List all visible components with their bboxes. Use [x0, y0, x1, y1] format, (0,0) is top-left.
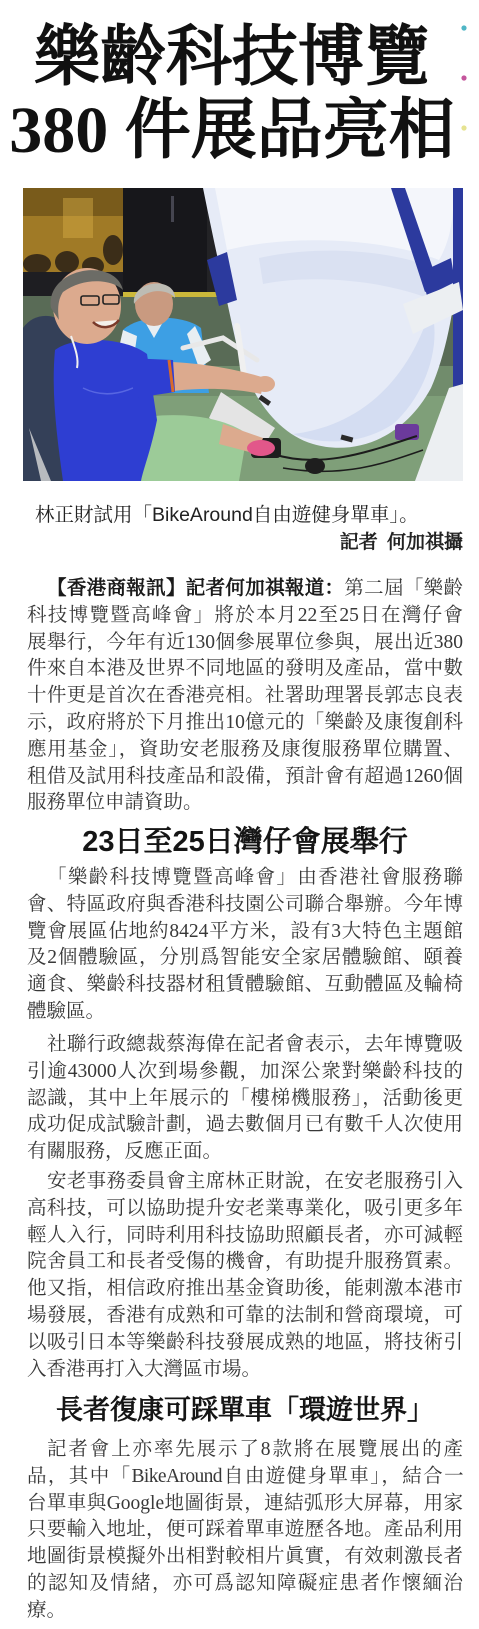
- text-line: 場發展，香港有成熟和可靠的法制和營商環境，可: [27, 1303, 463, 1330]
- subheading-2: 長者復康可踩單車「環遊世界」: [27, 1393, 463, 1427]
- photo-device: [395, 424, 419, 440]
- text-line: 以吸引日本等樂齡科技發展成熟的地區，將技術引: [27, 1330, 463, 1357]
- newspaper-clipping: 樂齡科技博覽 380 件展品亮相: [0, 0, 479, 1629]
- text-line: 租借及試用科技產品和設備，預計會有超過1260個: [27, 764, 463, 791]
- headline-line-1: 樂齡科技博覽: [0, 23, 464, 93]
- text-line: 適食、樂齡科技器材租賃體驗館、互動體區及輪椅: [27, 972, 463, 999]
- text-line: 有關服務，反應正面。: [27, 1139, 463, 1166]
- article-paragraph-4: 安老事務委員會主席林正財說，在安老服務引入 高科技，可以協助提升安老業專業化，吸…: [27, 1169, 463, 1383]
- photo-caption: 林正財試用「BikeAround自由遊健身單車」。: [35, 503, 419, 527]
- text-line: 社聯行政總裁蔡海偉在記者會表示，去年博覽吸: [27, 1032, 463, 1059]
- text-line: 輕人入行，同時利用科技協助照顧長者，亦可減輕: [27, 1223, 463, 1250]
- news-photo: [23, 188, 463, 481]
- text-line: 品，其中「BikeAround自由遊健身單車」，結合一: [27, 1464, 463, 1491]
- text-line: 療。: [27, 1598, 463, 1625]
- line-text: 第二屆「樂齡: [344, 578, 463, 599]
- headline-line-2: 380 件展品亮相: [0, 96, 464, 166]
- text-line: 「樂齡科技博覽暨高峰會」由香港社會服務聯: [27, 865, 463, 892]
- text-line: 安老事務委員會主席林正財說，在安老服務引入: [27, 1169, 463, 1196]
- text-line: 體驗區。: [27, 999, 463, 1026]
- text-line: 科技博覽暨高峰會」將於本月22至25日在灣仔會: [27, 603, 463, 630]
- text-line: 服務單位申請資助。: [27, 790, 463, 817]
- article-paragraph-5: 記者會上亦率先展示了8款將在展覽展出的產 品，其中「BikeAround自由遊健…: [27, 1437, 463, 1625]
- subheading-1: 23日至25日灣仔會展舉行: [27, 825, 463, 859]
- text-line: 成功促成試驗計劃，過去數個月已有數千人次使用: [27, 1112, 463, 1139]
- text-line: 十件更是首次在香港亮相。社署助理署長郭志良表: [27, 683, 463, 710]
- article-paragraph-3: 社聯行政總裁蔡海偉在記者會表示，去年博覽吸 引逾43000人次到場參觀，加深公衆…: [27, 1032, 463, 1166]
- photo-credit: 記者 何加祺攝: [340, 531, 463, 555]
- text-line: 地圖街景模擬外出相對較相片眞實，有效刺激長者: [27, 1544, 463, 1571]
- text-line: 的認知及情緒，亦可爲認知障礙症患者作懷緬治: [27, 1571, 463, 1598]
- text-line: 記者會上亦率先展示了8款將在展覽展出的產: [27, 1437, 463, 1464]
- print-mark-cyan-icon: [460, 24, 468, 32]
- print-mark-magenta-icon: [460, 74, 468, 82]
- text-line: 院舍員工和長者受傷的機會，有助提升服務質素。: [27, 1249, 463, 1276]
- text-line: 引逾43000人次到場參觀，加深公衆對樂齡科技的: [27, 1059, 463, 1086]
- article-paragraph-1: 【香港商報訊】記者何加祺報道：第二屆「樂齡 科技博覽暨高峰會」將於本月22至25…: [27, 576, 463, 817]
- text-line: 高科技，可以協助提升安老業專業化，吸引更多年: [27, 1196, 463, 1223]
- text-line: 應用基金」，資助安老服務及康復服務單位購置、: [27, 737, 463, 764]
- text-line: 展舉行，今年有近130個參展單位參與，展出近380: [27, 630, 463, 657]
- text-line: 件來自本港及世界不同地區的發明及產品，當中數: [27, 656, 463, 683]
- print-mark-yellow-icon: [460, 124, 468, 132]
- photo-illustration: [23, 188, 463, 481]
- article-paragraph-2: 「樂齡科技博覽暨高峰會」由香港社會服務聯 會、特區政府與香港科技園公司聯合舉辦。…: [27, 865, 463, 1026]
- text-line: 認識，其中上年展示的「樓梯機服務」，活動後更: [27, 1086, 463, 1113]
- text-line: 會、特區政府與香港科技園公司聯合舉辦。今年博: [27, 892, 463, 919]
- text-line: 他又指，相信政府推出基金資助後，能刺激本港市: [27, 1276, 463, 1303]
- text-line: 示，政府將於下月推出10億元的「樂齡及康復創科: [27, 710, 463, 737]
- text-line: 覽會展區佔地約8424平方米，設有3大特色主題館: [27, 919, 463, 946]
- text-line: 台單車與Google地圖街景，連結弧形大屏幕，用家: [27, 1491, 463, 1518]
- photo-dark-panel: [123, 188, 207, 296]
- text-line: 【香港商報訊】記者何加祺報道：第二屆「樂齡: [27, 576, 463, 603]
- dateline-lead: 【香港商報訊】記者何加祺報道：: [47, 578, 344, 599]
- text-line: 及2個體驗區，分別爲智能安全家居體驗館、頤養: [27, 945, 463, 972]
- text-line: 入香港再打入大灣區市場。: [27, 1357, 463, 1384]
- text-line: 只要輸入地址，便可踩着單車遊歷各地。產品利用: [27, 1517, 463, 1544]
